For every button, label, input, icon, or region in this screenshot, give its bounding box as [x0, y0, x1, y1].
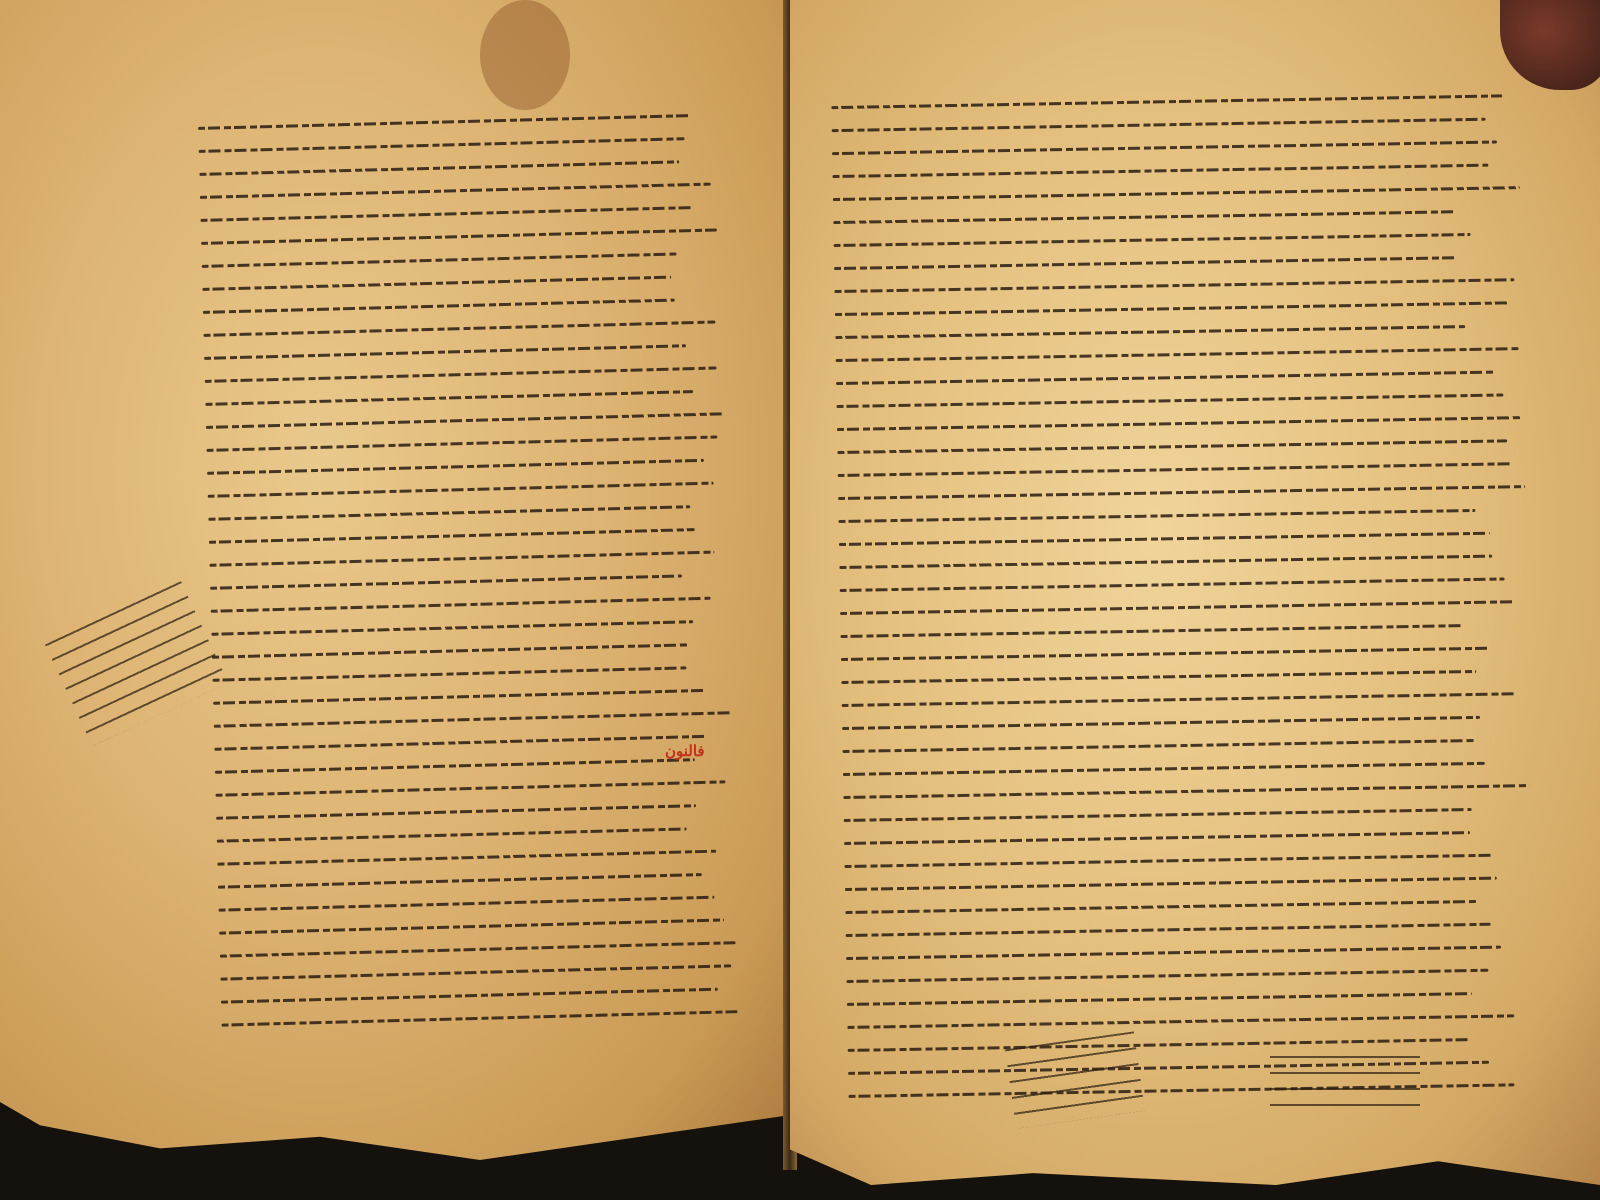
text-line [836, 347, 1519, 362]
text-line [835, 325, 1465, 339]
text-line [843, 762, 1485, 776]
text-line [837, 439, 1507, 454]
text-line [846, 923, 1490, 937]
text-line [846, 946, 1501, 960]
text-line [841, 647, 1490, 661]
text-line [212, 643, 689, 658]
text-line [202, 252, 677, 267]
text-line [833, 210, 1454, 224]
text-line [844, 808, 1472, 822]
text-line [845, 877, 1497, 891]
text-line [832, 140, 1497, 155]
text-line [211, 597, 711, 613]
text-line [221, 988, 718, 1004]
text-line [203, 299, 674, 314]
right-manuscript-page [790, 0, 1600, 1185]
text-line [217, 850, 715, 866]
ownership-notes [1005, 1031, 1145, 1128]
text-line [840, 577, 1505, 592]
left-page-text-block [198, 113, 742, 1046]
text-line [838, 485, 1525, 500]
text-line [214, 735, 706, 751]
text-line [205, 366, 717, 382]
text-line [834, 278, 1514, 293]
text-line [842, 692, 1517, 707]
text-line [840, 600, 1516, 615]
text-line [206, 412, 723, 429]
text-line [198, 114, 690, 130]
red-ink-word: فالنون [665, 742, 705, 760]
text-line [836, 371, 1494, 385]
text-line [841, 670, 1476, 684]
text-line [214, 711, 733, 728]
text-line [211, 620, 693, 636]
text-line [217, 827, 687, 842]
text-line [846, 969, 1488, 983]
text-line [835, 301, 1508, 316]
text-line [213, 689, 707, 705]
text-line [208, 505, 690, 521]
text-line [845, 900, 1476, 914]
text-line [833, 186, 1520, 201]
text-line [200, 206, 692, 222]
text-line [216, 780, 725, 796]
text-line [843, 784, 1529, 799]
text-line [200, 183, 710, 199]
text-line [209, 528, 695, 544]
text-line [834, 256, 1456, 270]
text-line [222, 1010, 738, 1027]
right-colophon-notes [1270, 1050, 1420, 1120]
text-line [847, 992, 1472, 1006]
text-line [842, 716, 1480, 730]
text-line [219, 896, 715, 912]
text-line [834, 233, 1471, 247]
text-line [837, 416, 1522, 431]
water-stain [480, 0, 570, 110]
left-marginalia [42, 574, 229, 746]
text-line [838, 509, 1475, 523]
text-line [842, 739, 1476, 753]
text-line [839, 555, 1492, 569]
text-line [210, 574, 682, 589]
text-line [202, 276, 670, 291]
left-manuscript-page [0, 0, 800, 1160]
text-line [203, 320, 715, 336]
text-line [832, 118, 1486, 132]
text-line [212, 666, 686, 681]
text-line [209, 551, 714, 567]
text-line [199, 160, 679, 176]
text-line [199, 137, 685, 153]
text-line [204, 344, 686, 360]
text-line [844, 831, 1470, 845]
text-line [219, 918, 724, 934]
text-line [220, 964, 731, 980]
text-line [832, 164, 1487, 178]
text-line [208, 482, 714, 498]
text-line [831, 94, 1502, 109]
text-line [205, 390, 693, 406]
text-line [215, 758, 695, 774]
text-line [207, 459, 704, 475]
text-line [847, 1014, 1514, 1029]
text-line [218, 873, 702, 889]
right-page-text-block [831, 94, 1539, 1118]
text-line [838, 462, 1513, 477]
text-line [844, 854, 1492, 868]
text-line [836, 393, 1503, 408]
text-line [216, 804, 696, 820]
text-line [201, 228, 717, 245]
text-line [839, 532, 1490, 546]
text-line [220, 941, 735, 957]
text-line [206, 435, 717, 451]
text-line [840, 624, 1463, 638]
